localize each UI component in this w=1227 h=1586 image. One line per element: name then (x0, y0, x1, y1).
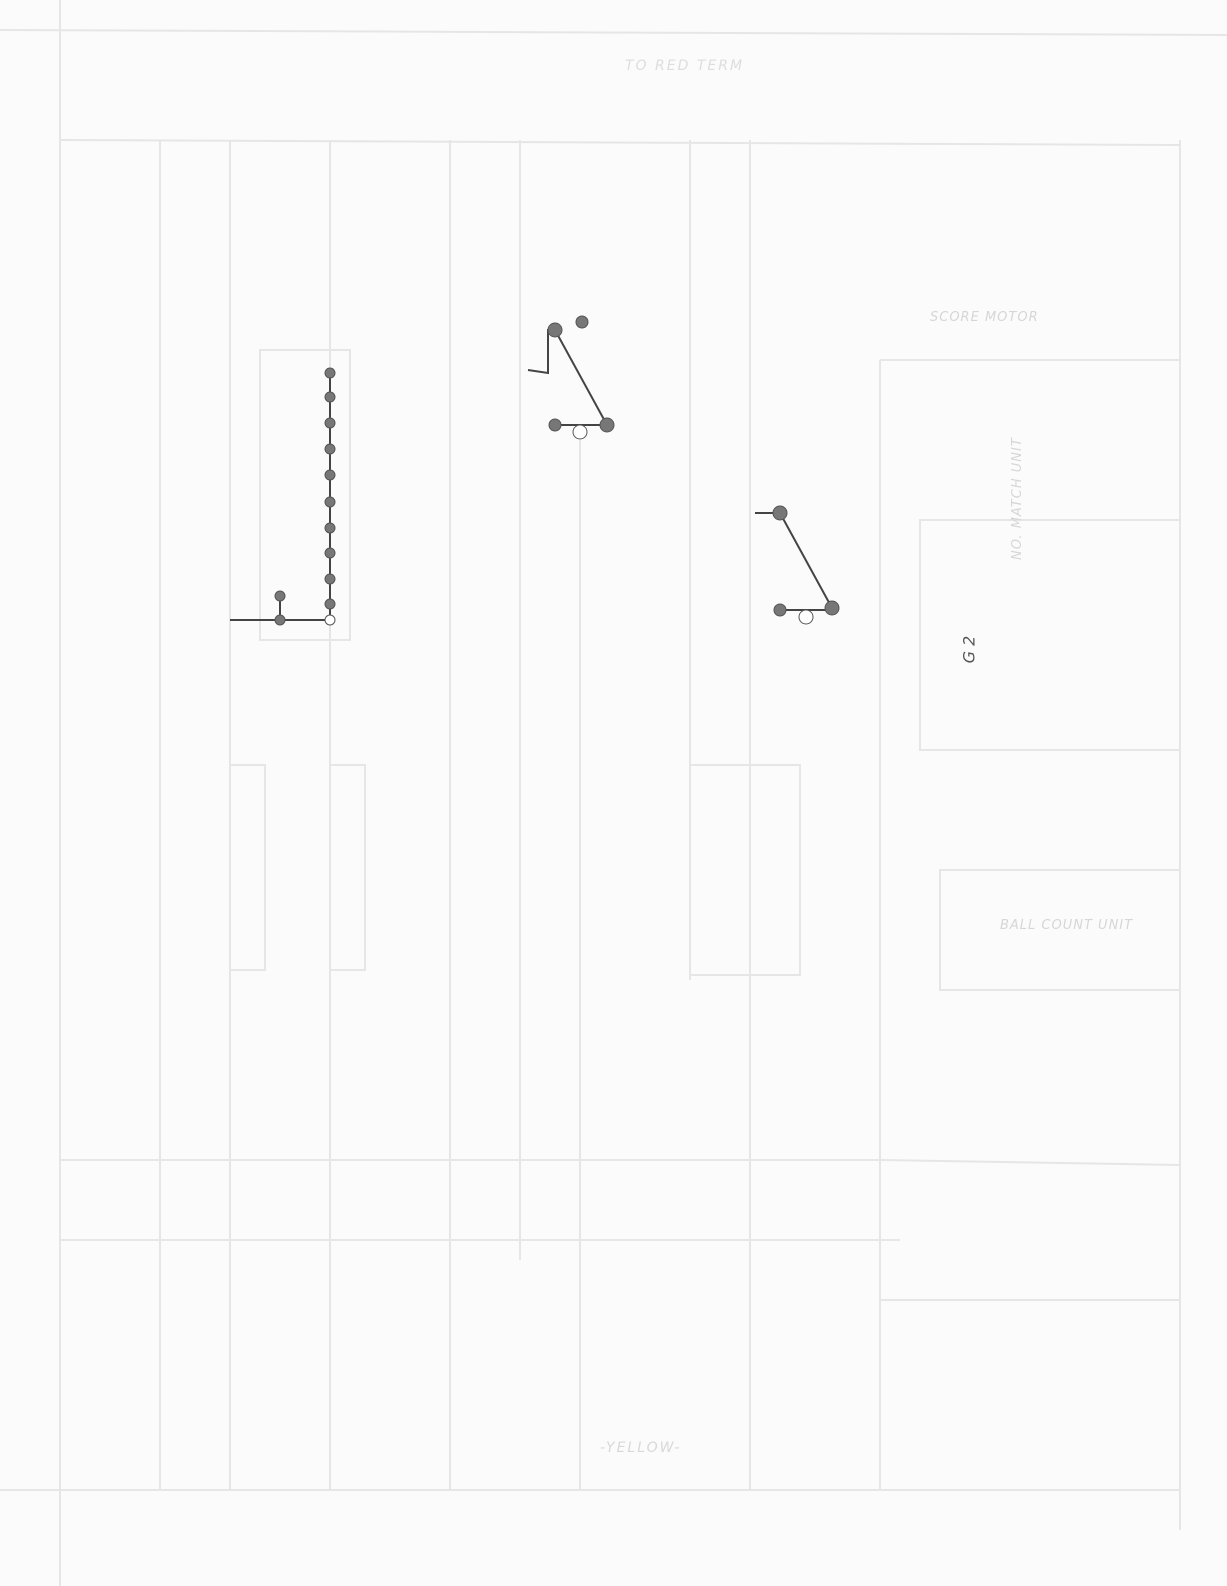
stepper-contacts (230, 373, 330, 620)
schematic-drawing (0, 0, 1227, 1586)
score-motor-label: SCORE MOTOR (930, 310, 1039, 325)
yellow-wire-label: -YELLOW- (600, 1440, 681, 1456)
match-unit-label: NO. MATCH UNIT (1010, 437, 1025, 560)
schematic-sheet: TO RED TERM G 2 -YELLOW- NO. MATCH UNIT … (0, 0, 1227, 1586)
sheet-mark: G 2 (959, 636, 978, 664)
ball-count-unit-label: BALL COUNT UNIT (1000, 918, 1133, 933)
to-red-term-label: TO RED TERM (625, 58, 744, 74)
